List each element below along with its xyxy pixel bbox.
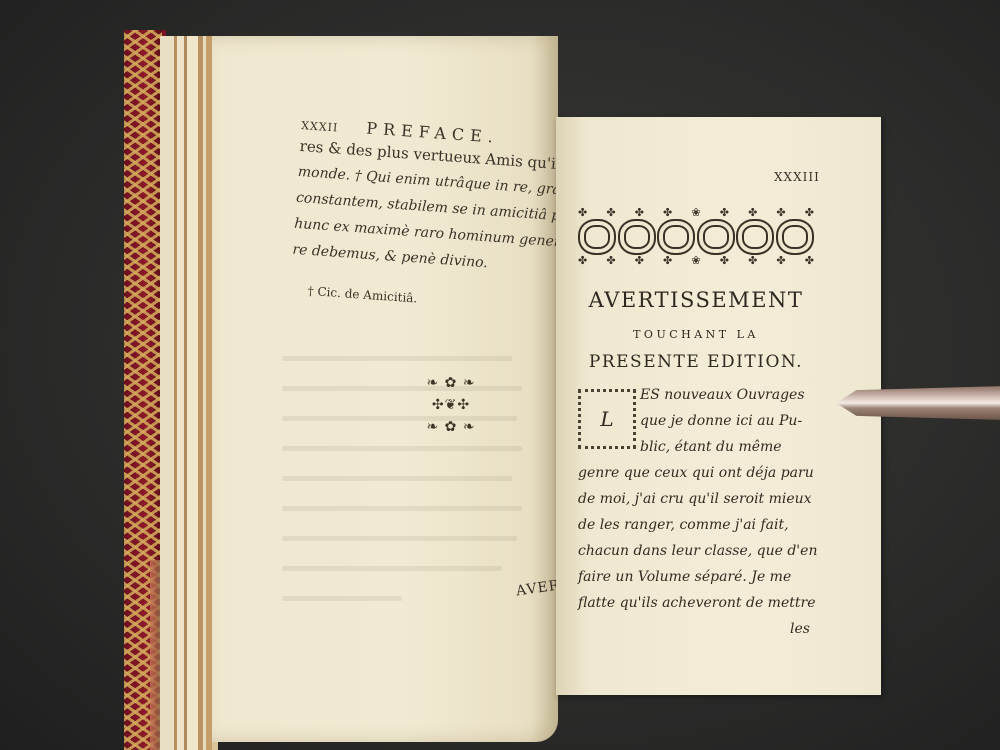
text-line: ES nouveaux Ouvrages — [578, 382, 814, 408]
text-line: genre que ceux qui ont déja paru — [578, 460, 814, 486]
text-line: faire un Volume séparé. Je me — [578, 564, 814, 590]
left-page-text: XXXII PREFACE. res & des plus vertueux A… — [289, 114, 561, 315]
right-page-text: ES nouveaux Ouvrages que je donne ici au… — [578, 382, 814, 642]
show-through-text — [282, 596, 402, 601]
catchword: les — [578, 616, 814, 642]
page-number: XXXII — [301, 119, 339, 135]
fleuron-ornament-icon: ❧ ✿ ❧ ✣❦✣ ❧ ✿ ❧ — [410, 372, 492, 446]
show-through-text — [282, 446, 522, 451]
page-number: XXXIII — [774, 170, 820, 184]
section-subtitle-2: PRESENTE EDITION. — [581, 352, 811, 372]
left-page: XXXII PREFACE. res & des plus vertueux A… — [212, 36, 558, 742]
text-line: de les ranger, comme j'ai fait, — [578, 512, 814, 538]
footnote: † Cic. de Amicitiâ. — [289, 283, 549, 315]
page-edges-stack — [160, 36, 218, 750]
show-through-text — [282, 506, 522, 511]
show-through-text — [282, 356, 512, 361]
book-photo-scene: XXXII PREFACE. res & des plus vertueux A… — [0, 0, 1000, 750]
show-through-text — [282, 536, 517, 541]
text-line: de moi, j'ai cru qu'il seroit mieux — [578, 486, 814, 512]
show-through-text — [282, 566, 502, 571]
text-line: flatte qu'ils acheveront de mettre — [578, 590, 814, 616]
text-line: chacun dans leur classe, que d'en — [578, 538, 814, 564]
show-through-text — [282, 476, 512, 481]
letter-opener-blade-icon — [836, 386, 1000, 420]
section-subtitle: TOUCHANT LA — [581, 328, 811, 341]
section-title: AVERTISSEMENT — [581, 288, 811, 312]
text-line: que je donne ici au Pu- — [578, 408, 814, 434]
headpiece-ornament-icon: ✤✤✤✤❀✤✤✤✤ ✤✤✤✤❀✤✤✤✤ — [578, 207, 814, 271]
text-line: blic, étant du même — [578, 434, 814, 460]
